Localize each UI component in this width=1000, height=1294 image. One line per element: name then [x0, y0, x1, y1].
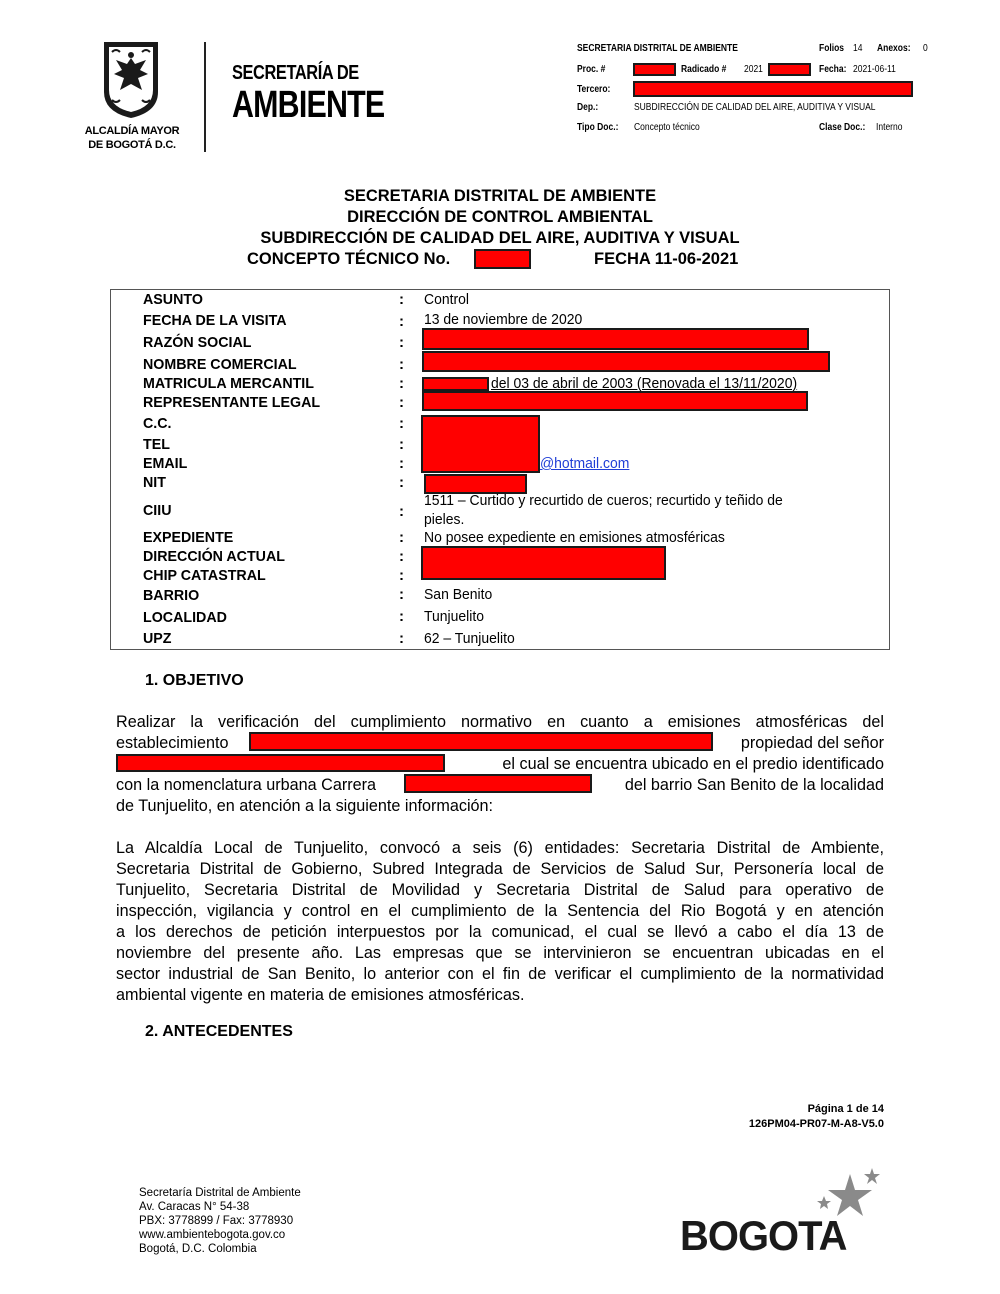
redacted-razon-social: [422, 328, 809, 350]
redacted-direccion-chip: [421, 546, 666, 580]
alcaldia-line2: DE BOGOTÁ D.C.: [84, 138, 180, 152]
dep-value: SUBDIRECCIÓN DE CALIDAD DEL AIRE, AUDITI…: [634, 102, 876, 114]
clase-doc-value: Interno: [876, 122, 902, 134]
redacted-tercero: [633, 81, 913, 97]
document-code: 126PM04-PR07-M-A8-V5.0: [749, 1117, 884, 1132]
secretaria-logo-line1: SECRETARÍA DE: [232, 62, 359, 85]
radicado-label: Radicado #: [681, 64, 726, 76]
tipo-doc-label: Tipo Doc.:: [577, 122, 618, 134]
tercero-label: Tercero:: [577, 84, 610, 96]
fecha-value: 2021-06-11: [853, 64, 896, 76]
meta-entity: SECRETARIA DISTRITAL DE AMBIENTE: [577, 43, 766, 55]
concepto-fecha: FECHA 11-06-2021: [594, 249, 738, 269]
concepto-label: CONCEPTO TÉCNICO No.: [247, 249, 450, 269]
alcaldia-line1: ALCALDÍA MAYOR: [84, 124, 180, 138]
antecedentes-context-paragraph: La Alcaldía Local de Tunjuelito, convocó…: [116, 838, 884, 1008]
anexos-value: 0: [923, 43, 928, 55]
logo-divider: [204, 42, 206, 152]
dep-label: Dep.:: [577, 102, 598, 114]
tipo-doc-value: Concepto técnico: [634, 122, 700, 134]
title-line3: SUBDIRECCIÓN DE CALIDAD DEL AIRE, AUDITI…: [0, 228, 1000, 248]
folios-value: 14: [853, 43, 862, 55]
redacted-nombre-comercial: [422, 351, 830, 372]
redacted-establecimiento: [249, 732, 713, 751]
email-link[interactable]: @hotmail.com: [540, 455, 629, 472]
redacted-proc: [633, 63, 676, 76]
title-line2: DIRECCIÓN DE CONTROL AMBIENTAL: [0, 207, 1000, 227]
redacted-cc-tel-email: [421, 415, 540, 473]
title-line1: SECRETARIA DISTRITAL DE AMBIENTE: [0, 186, 1000, 206]
redacted-matricula: [422, 377, 489, 391]
redacted-concepto-number: [474, 249, 531, 269]
anexos-label: Anexos:: [877, 43, 911, 55]
redacted-representante: [422, 391, 808, 411]
section-objetivo-title: 1. OBJETIVO: [145, 672, 244, 690]
radicado-value: 2021: [744, 64, 763, 76]
proc-label: Proc. #: [577, 64, 605, 76]
redacted-direccion-carrera: [404, 774, 592, 793]
bogota-logo: BOGOTA: [680, 1212, 846, 1260]
coat-of-arms-icon: [102, 40, 160, 120]
redacted-propietario: [116, 754, 445, 772]
section-antecedentes-title: 2. ANTECEDENTES: [145, 1023, 293, 1041]
redacted-radicado: [768, 63, 811, 76]
fecha-label: Fecha:: [819, 64, 846, 76]
clase-doc-label: Clase Doc.:: [819, 122, 865, 134]
meta-folios: Folios: [819, 43, 848, 55]
footer-address: Secretaría Distrital de Ambiente Av. Car…: [139, 1186, 301, 1256]
secretaria-logo-line2: AMBIENTE: [232, 84, 384, 127]
page-number: Página 1 de 14: [808, 1102, 884, 1117]
redacted-nit: [424, 474, 527, 494]
